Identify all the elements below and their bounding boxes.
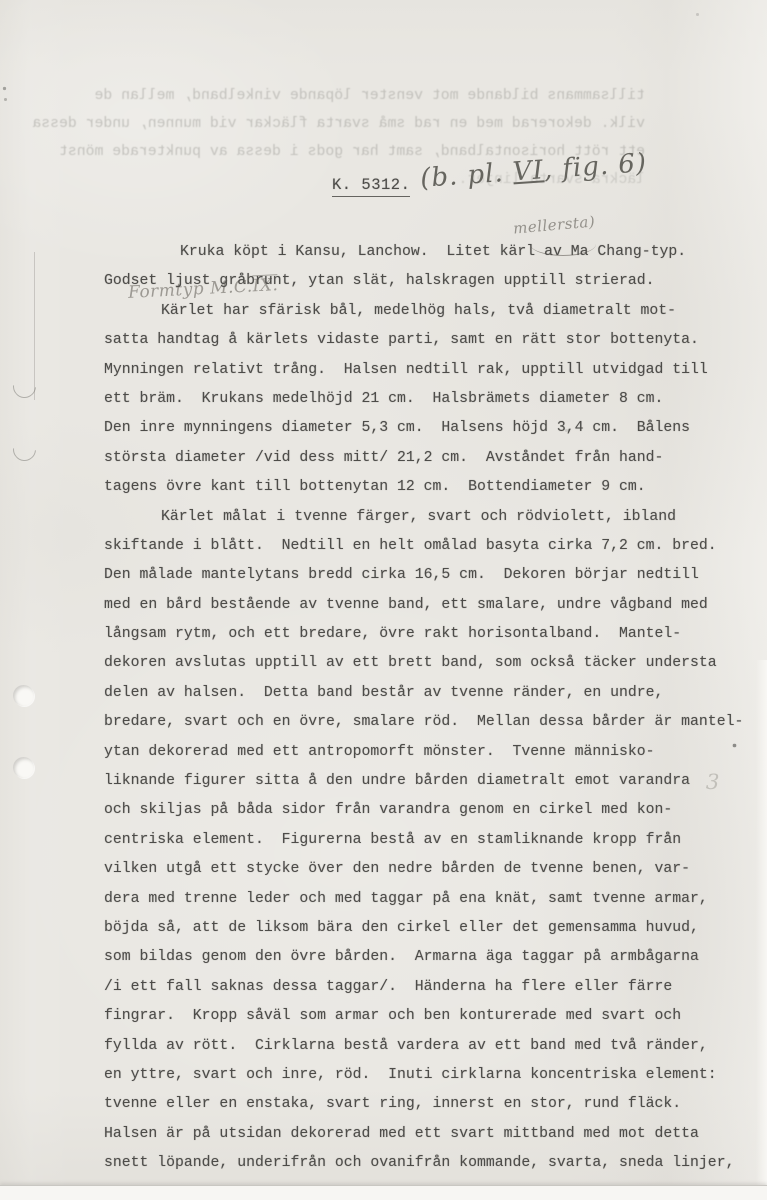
punch-hole	[8, 433, 40, 465]
paper-crease	[34, 252, 35, 400]
typed-line: böjda så, att de liksom bära den cirkel …	[104, 914, 764, 943]
plate-ref-numeral: VI	[512, 155, 545, 187]
typed-line: delen av halsen. Detta band består av tv…	[104, 679, 764, 708]
typed-line: dera med trenne leder och med taggar på …	[104, 885, 764, 914]
typed-line: som bildas genom den övre bården. Armarn…	[104, 943, 764, 972]
catalog-number: K. 5312.	[332, 176, 410, 197]
typed-line: största diameter /vid dess mitt/ 21,2 cm…	[104, 444, 764, 473]
typed-line: tagens övre kant till bottenytan 12 cm. …	[104, 473, 764, 502]
punch-hole	[13, 757, 34, 778]
typed-line: skiftande i blått. Nedtill en helt omåla…	[104, 532, 764, 561]
typed-line: bredare, svart och en övre, smalare röd.…	[104, 708, 764, 737]
handwritten-note-mellersta: mellersta)	[512, 212, 596, 237]
typed-line: en yttre, svart och inre, röd. Inuti cir…	[104, 1061, 764, 1090]
typed-line: snett löpande, underifrån och ovanifrån …	[104, 1149, 764, 1178]
typed-line: med en bård bestående av tvenne band, et…	[104, 591, 764, 620]
typed-line: ett bräm. Krukans medelhöjd 21 cm. Halsb…	[104, 385, 764, 414]
bleedthrough-line: vilk. dekorerad med en rad små svarta fl…	[57, 110, 645, 138]
typed-line: långsam rytm, och ett bredare, övre rakt…	[104, 620, 764, 649]
typed-line: centriska element. Figurerna bestå av en…	[104, 826, 764, 855]
scanned-page: tillsammans bildande mot venster löpande…	[0, 0, 767, 1186]
typed-line: dekoren avslutas upptill av ett brett ba…	[104, 649, 764, 678]
typed-line: Halsen är på utsidan dekorerad med ett s…	[104, 1120, 764, 1149]
typed-line: liknande figurer sitta å den undre bårde…	[104, 767, 764, 796]
typed-line: vilken utgå ett stycke över den nedre bå…	[104, 855, 764, 884]
typed-line: Mynningen relativt trång. Halsen nedtill…	[104, 356, 764, 385]
typed-line: och skiljas på båda sidor från varandra …	[104, 796, 764, 825]
typed-line: satta handtag å kärlets vidaste parti, s…	[104, 326, 764, 355]
typed-line: /i ett fall saknas dessa taggar/. Händer…	[104, 973, 764, 1002]
typed-line: Godset ljust gråbrunt, ytan slät, halskr…	[104, 267, 764, 296]
typed-line: tvenne eller en enstaka, svart ring, inn…	[104, 1090, 764, 1119]
scan-edge-bottom	[0, 1185, 767, 1200]
pencil-margin-mark: 3	[706, 770, 720, 794]
scan-edge-right	[756, 660, 767, 1186]
typed-line: Kärlet har sfärisk bål, medelhög hals, t…	[104, 297, 764, 326]
punch-hole	[8, 370, 40, 402]
bleedthrough-line: tillsammans bildande mot venster löpande…	[57, 82, 645, 110]
paper-specks	[0, 0, 1, 1]
typed-line: Kruka köpt i Kansu, Lanchow. Litet kärl …	[104, 238, 764, 267]
typed-line: Den målade mantelytans bredd cirka 16,5 …	[104, 561, 764, 590]
typed-body: Kruka köpt i Kansu, Lanchow. Litet kärl …	[104, 238, 764, 1179]
typed-line: Den inre mynningens diameter 5,3 cm. Hal…	[104, 414, 764, 443]
typed-line: ytan dekorerad med ett antropomorft möns…	[104, 738, 764, 767]
typed-line: Kärlet målat i tvenne färger, svart och …	[104, 503, 764, 532]
typed-line: fyllda av rött. Cirklarna bestå vardera …	[104, 1032, 764, 1061]
typed-line: fingrar. Kropp såväl som armar och ben k…	[104, 1002, 764, 1031]
punch-hole	[13, 685, 34, 706]
